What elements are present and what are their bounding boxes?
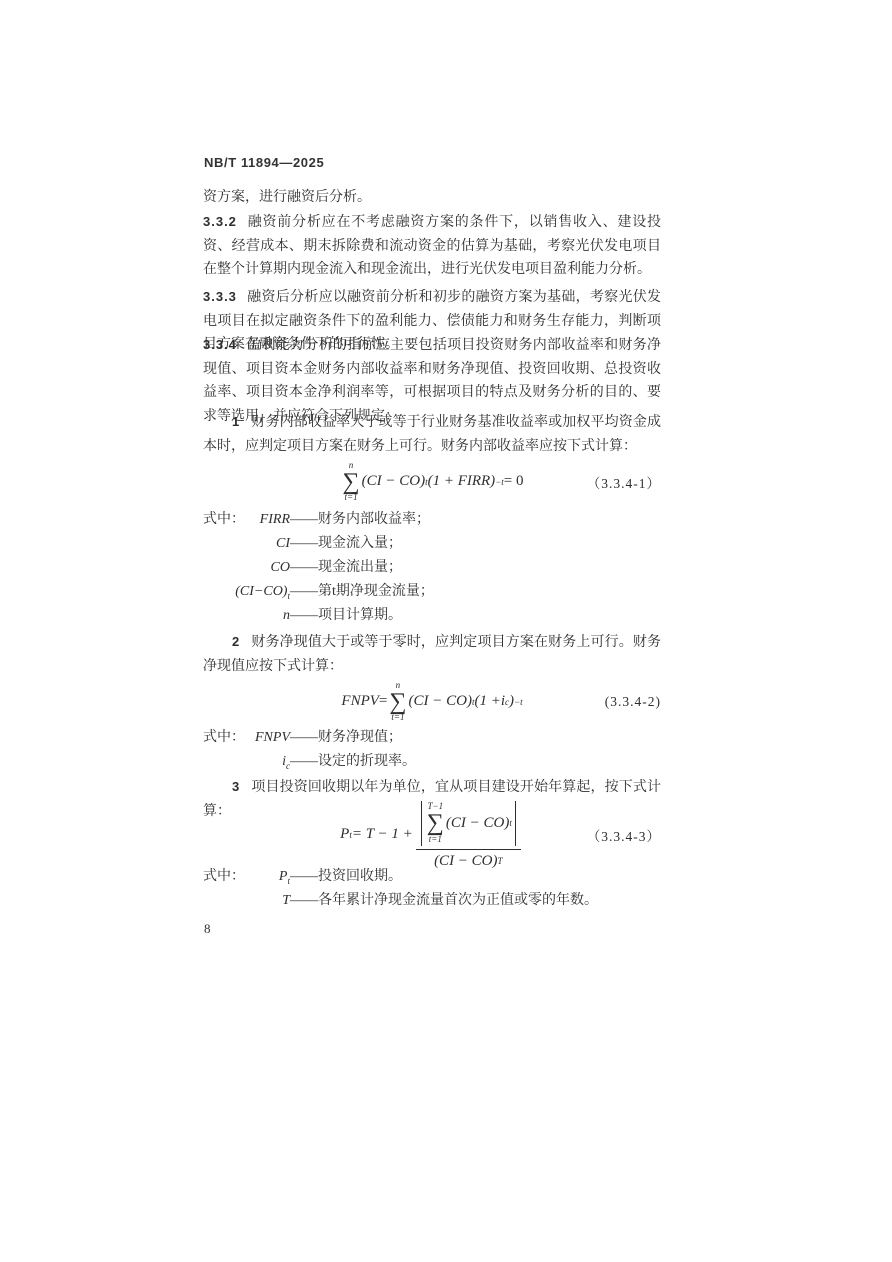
sum-lower-limit: t=1 xyxy=(391,713,404,723)
where-row: CO ——现金流出量； xyxy=(203,556,661,580)
where-row: ic ——设定的折现率。 xyxy=(203,750,661,774)
equation-number: （3.3.4-1） xyxy=(587,472,661,492)
sum-lower-limit: t=1 xyxy=(429,835,442,845)
formula-payback: Pt = T − 1 + T−1∑t=1 (CI − CO)t (CI − CO… xyxy=(203,800,661,870)
equation-number: （3.3.4-3） xyxy=(587,825,661,845)
formula-expression: Pt = T − 1 + T−1∑t=1 (CI − CO)t (CI − CO… xyxy=(340,800,524,870)
clause-number: 3.3.2 xyxy=(203,214,237,229)
where-list-2: 式中： FNPV ——财务净现值； ic ——设定的折现率。 xyxy=(203,726,661,774)
where-term: ic xyxy=(203,750,290,778)
where-row: n ——项目计算期。 xyxy=(203,604,661,628)
paragraph-text: 资方案，进行融资后分析。 xyxy=(203,186,661,210)
where-desc: ——财务净现值； xyxy=(290,726,402,750)
where-term: n xyxy=(203,604,290,632)
formula-superscript: −t xyxy=(495,477,504,487)
where-row: T ——各年累计净现金流量首次为正值或零的年数。 xyxy=(203,889,661,913)
where-row: 式中： FNPV ——财务净现值； xyxy=(203,726,661,750)
page-number: 8 xyxy=(204,921,211,937)
clause-number: 3.3.3 xyxy=(203,289,237,304)
summation-symbol: n∑t=1 xyxy=(343,461,360,504)
formula-term: (1 + FIRR) xyxy=(428,473,496,490)
fraction-numerator: T−1∑t=1 (CI − CO)t xyxy=(416,800,521,850)
formula-fnpv: FNPV = n∑t=1 (CI − CO)t(1 + ic)−t (3.3.4… xyxy=(203,680,661,724)
where-desc: ——设定的折现率。 xyxy=(290,750,416,774)
formula-term: (CI − CO) xyxy=(362,473,425,490)
where-label: 式中： xyxy=(203,726,245,750)
sigma-glyph: ∑ xyxy=(343,471,360,494)
formula-term: (CI − CO) xyxy=(408,693,471,710)
item-1: 1财务内部收益率大于或等于行业财务基准收益率或加权平均资金成本时，应判定项目方案… xyxy=(203,410,661,458)
sum-lower-limit: t=1 xyxy=(345,493,358,503)
clause-paragraph: 3.3.2融资前分析应在不考虑融资方案的条件下，以销售收入、建设投资、经营成本、… xyxy=(203,210,661,282)
where-desc: ——第t期净现金流量； xyxy=(290,580,434,604)
where-desc: ——投资回收期。 xyxy=(290,865,402,889)
formula-expression: FNPV = n∑t=1 (CI − CO)t(1 + ic)−t xyxy=(341,681,522,724)
item-text: 财务内部收益率大于或等于行业财务基准收益率或加权平均资金成本时，应判定项目方案在… xyxy=(203,415,661,454)
where-label: 式中： xyxy=(203,865,245,889)
summation-symbol: n∑t=1 xyxy=(389,681,406,724)
fraction: T−1∑t=1 (CI − CO)t (CI − CO)T xyxy=(416,800,521,870)
item-number: 3 xyxy=(232,779,239,794)
where-row: 式中： FIRR ——财务内部收益率； xyxy=(203,508,661,532)
where-label: 式中： xyxy=(203,508,245,532)
formula-expression: n∑t=1 (CI − CO)t(1 + FIRR)−t = 0 xyxy=(341,461,524,504)
absolute-value-bars: T−1∑t=1 (CI − CO)t xyxy=(421,801,516,846)
where-term: T xyxy=(203,889,290,917)
formula-mid: = T − 1 + xyxy=(352,826,413,843)
where-desc: ——现金流入量； xyxy=(290,532,402,556)
document-page: NB/T 11894—2025 资方案，进行融资后分析。 3.3.2融资前分析应… xyxy=(0,0,892,1262)
clause-3-3-2: 3.3.2融资前分析应在不考虑融资方案的条件下，以销售收入、建设投资、经营成本、… xyxy=(203,210,661,282)
item-paragraph: 1财务内部收益率大于或等于行业财务基准收益率或加权平均资金成本时，应判定项目方案… xyxy=(203,410,661,458)
where-desc: ——各年累计净现金流量首次为正值或零的年数。 xyxy=(290,889,598,913)
item-number: 1 xyxy=(232,414,239,429)
where-list-1: 式中： FIRR ——财务内部收益率； CI ——现金流入量； CO ——现金流… xyxy=(203,508,661,628)
standard-number-header: NB/T 11894—2025 xyxy=(204,155,324,170)
paragraph-continuation: 资方案，进行融资后分析。 xyxy=(203,186,661,210)
item-2: 2财务净现值大于或等于零时，应判定项目方案在财务上可行。财务净现值应按下式计算： xyxy=(203,630,661,678)
formula-superscript: −t xyxy=(514,697,523,707)
where-row: (CI−CO)t ——第t期净现金流量； xyxy=(203,580,661,604)
where-list-3: 式中： Pt ——投资回收期。 T ——各年累计净现金流量首次为正值或零的年数。 xyxy=(203,865,661,913)
item-text: 财务净现值大于或等于零时，应判定项目方案在财务上可行。财务净现值应按下式计算： xyxy=(203,635,661,674)
formula-rhs: = 0 xyxy=(504,473,524,490)
item-paragraph: 2财务净现值大于或等于零时，应判定项目方案在财务上可行。财务净现值应按下式计算： xyxy=(203,630,661,678)
equals-sign: = xyxy=(379,693,387,710)
where-desc: ——项目计算期。 xyxy=(290,604,402,628)
where-desc: ——财务内部收益率； xyxy=(290,508,430,532)
where-row: 式中： Pt ——投资回收期。 xyxy=(203,865,661,889)
clause-number: 3.3.4 xyxy=(203,337,237,352)
item-number: 2 xyxy=(232,634,239,649)
formula-lhs: FNPV xyxy=(341,693,379,710)
equation-number: (3.3.4-2) xyxy=(605,694,661,710)
where-desc: ——现金流出量； xyxy=(290,556,402,580)
clause-text: 融资前分析应在不考虑融资方案的条件下，以销售收入、建设投资、经营成本、期末拆除费… xyxy=(203,215,661,277)
formula-term: (CI − CO) xyxy=(446,815,509,832)
formula-term: (1 + xyxy=(474,693,500,710)
summation-symbol: T−1∑t=1 xyxy=(427,802,444,845)
sigma-glyph: ∑ xyxy=(427,812,444,835)
sigma-glyph: ∑ xyxy=(389,691,406,714)
formula-firr: n∑t=1 (CI − CO)t(1 + FIRR)−t = 0 （3.3.4-… xyxy=(203,456,661,508)
where-row: CI ——现金流入量； xyxy=(203,532,661,556)
formula-lhs: P xyxy=(340,826,349,843)
formula-subscript: t xyxy=(509,818,512,828)
